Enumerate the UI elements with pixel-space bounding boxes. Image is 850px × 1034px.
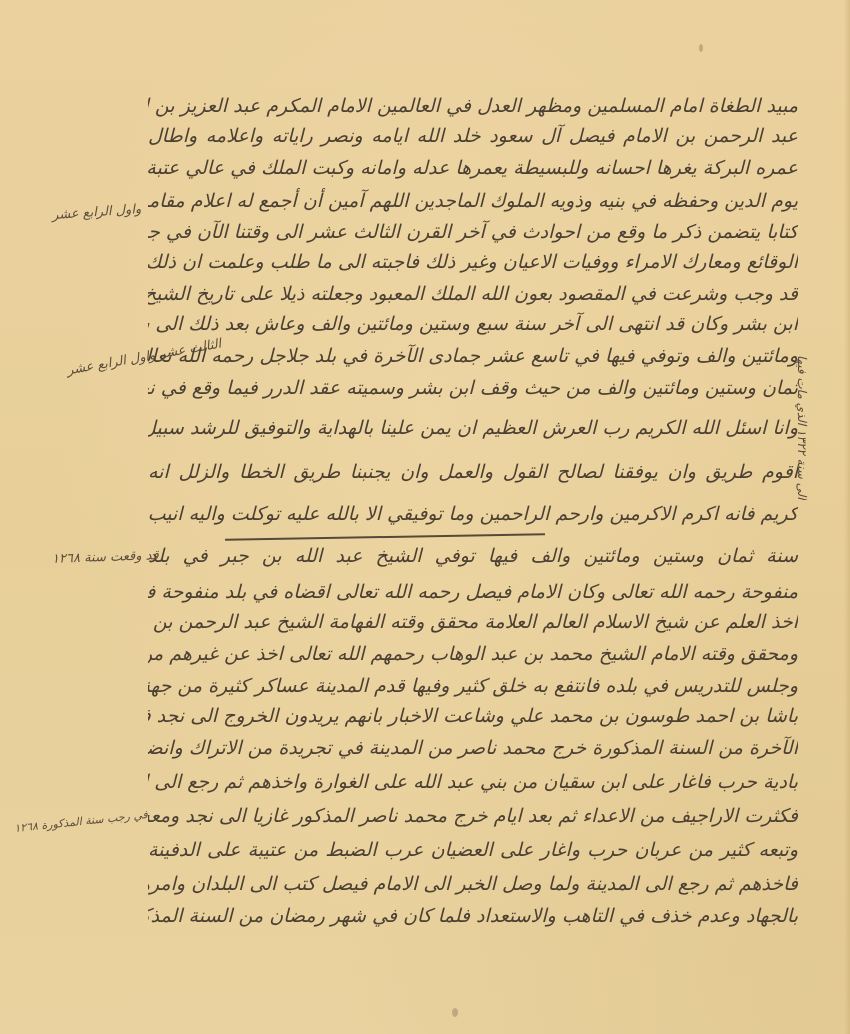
text-line: الوقائع ومعارك الامراء ووفيات الاعيان وغ… (148, 248, 798, 276)
text-line: بالجهاد وعدم خذف في التاهب والاستعداد فل… (148, 902, 798, 930)
text-line: يوم الدين وحفظه في بنيه وذويه الملوك الم… (148, 187, 798, 215)
text-line: باشا بن احمد طوسون بن محمد علي وشاعت الا… (148, 702, 798, 730)
text-line: فكثرت الاراجيف من الاعداء ثم بعد ايام خر… (148, 802, 798, 830)
text-line: الآخرة من السنة المذكورة خرج محمد ناصر م… (148, 734, 798, 762)
text-line: اقوم طريق وان يوفقنا لصالح القول والعمل … (148, 458, 798, 486)
section-underline (225, 533, 545, 540)
text-line: فاخذهم ثم رجع الى المدينة ولما وصل الخبر… (148, 870, 798, 898)
text-line: ومائتين والف وتوفي فيها في تاسع عشر جماد… (148, 342, 798, 370)
text-line: ومحقق وقته الامام الشيخ محمد بن عبد الوه… (148, 640, 798, 668)
page-edge-shadow (844, 0, 850, 1034)
text-line: مبيد الطغاة امام المسلمين ومظهر العدل في… (148, 92, 798, 120)
text-line: اخذ العلم عن شيخ الاسلام العالم العلامة … (148, 608, 798, 636)
margin-note: واول الرابع عشر (52, 202, 142, 223)
text-line: عبد الرحمن بن الامام فيصل آل سعود خلد ال… (148, 122, 798, 150)
text-line: وتبعه كثير من عربان حرب واغار على العضيا… (148, 836, 798, 864)
text-line: بادية حرب فاغار على ابن سقيان من بني عبد… (148, 768, 798, 796)
text-line: ثمان وستين ومائتين والف من حيث وقف ابن ب… (148, 374, 798, 402)
ink-blot (699, 44, 703, 52)
text-line: عمره البركة يغرها احسانه وللبسيطة يعمرها… (148, 154, 798, 182)
text-line: قد وجب وشرعت في المقصود بعون الله الملك … (148, 280, 798, 308)
margin-note: قد وقعت سنة ١٢٦٨ (52, 548, 159, 567)
text-line: منفوحة رحمه الله تعالى وكان الامام فيصل … (148, 578, 798, 606)
text-line: ابن بشر وكان قد انتهى الى آخر سنة سبع وس… (148, 310, 798, 338)
text-line: سنة ثمان وستين ومائتين والف فيها توفي ال… (148, 542, 798, 570)
manuscript-page: مبيد الطغاة امام المسلمين ومظهر العدل في… (0, 0, 850, 1034)
ink-blot (452, 1008, 458, 1017)
margin-note: في رجب سنة المذكورة ١٢٦٨ (14, 808, 149, 835)
text-line: وانا اسئل الله الكريم رب العرش العظيم ان… (148, 414, 798, 442)
text-line: وجلس للتدريس في بلده فانتفع به خلق كثير … (148, 672, 798, 700)
vertical-margin-note: الى سنة ١٣٢٢ الذي مات فيها (795, 330, 809, 500)
text-line: كتابا يتضمن ذكر ما وقع من احوادث في آخر … (148, 218, 798, 246)
text-line: كريم فانه اكرم الاكرمين وارحم الراحمين و… (148, 500, 798, 528)
